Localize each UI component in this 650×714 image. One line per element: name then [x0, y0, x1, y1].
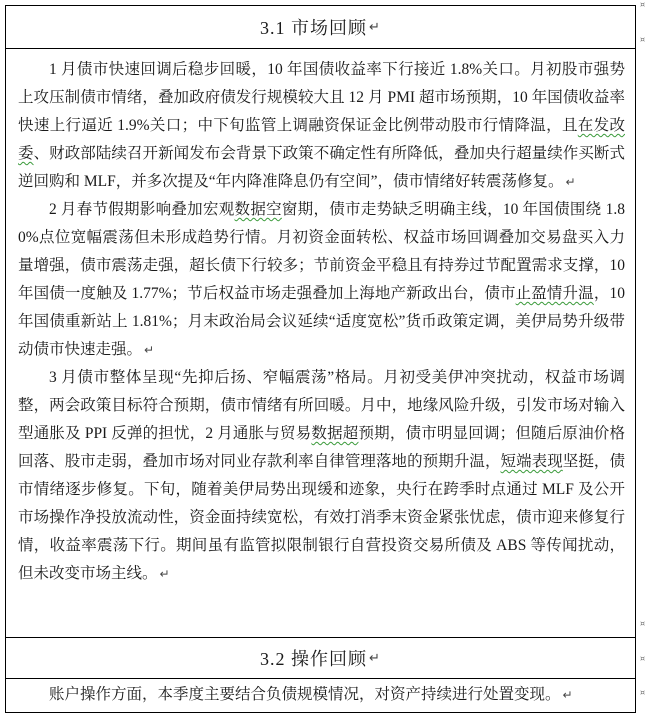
- grammar-check-underline: 短端表现: [501, 453, 563, 470]
- text-run: 、财政部陆续召开新闻发布会背景下政策不确定性有所降低，叠加央行超量续作买断式逆回…: [18, 145, 625, 190]
- paragraph-mark-icon: ↵: [369, 20, 381, 35]
- text-run: 账户操作方面，本季度主要结合负债规模情况，对资产持续进行处置变现。: [49, 686, 561, 703]
- section-heading-operation-review: 3.2 操作回顾↵: [6, 638, 635, 679]
- paragraph-mark-icon: ↵: [160, 567, 170, 581]
- text-run: 2 月春节假期影响叠加宏观: [49, 201, 235, 218]
- review-table: 3.1 市场回顾↵ 1 月债市快速回调后稳步回暖，10 年国债收益率下行接近 1…: [5, 5, 636, 713]
- row-end-mark-icon: ¤: [640, 689, 645, 697]
- paragraph-operations: 账户操作方面，本季度主要结合负债规模情况，对资产持续进行处置变现。↵: [18, 681, 625, 709]
- operation-review-title: 3.2 操作回顾: [260, 645, 367, 671]
- grammar-check-underline: 止盈情升温: [516, 285, 594, 302]
- row-end-mark-icon: ¤: [640, 620, 645, 628]
- section-heading-market-review: 3.1 市场回顾↵: [6, 6, 635, 49]
- row-end-mark-icon: ¤: [640, 36, 645, 44]
- operation-review-body-cell: 账户操作方面，本季度主要结合负债规模情况，对资产持续进行处置变现。↵: [6, 679, 635, 712]
- paragraph-february: 2 月春节假期影响叠加宏观数据空窗期，债市走势缺乏明确主线，10 年国债围绕 1…: [18, 196, 625, 364]
- row-end-mark-icon: ¤: [640, 1, 645, 9]
- paragraph-mark-icon: ↵: [144, 343, 154, 357]
- grammar-check-underline: 数据空: [235, 201, 282, 218]
- paragraph-march: 3 月债市整体呈现“先抑后扬、窄幅震荡”格局。月初受美伊冲突扰动，权益市场调整，…: [18, 364, 625, 588]
- row-end-mark-icon: ¤: [640, 655, 645, 663]
- paragraph-january: 1 月债市快速回调后稳步回暖，10 年国债收益率下行接近 1.8%关口。月初股市…: [18, 56, 625, 196]
- paragraph-mark-icon: ↵: [566, 175, 576, 189]
- paragraph-mark-icon: ↵: [563, 688, 573, 702]
- market-review-body-cell: 1 月债市快速回调后稳步回暖，10 年国债收益率下行接近 1.8%关口。月初股市…: [6, 49, 635, 638]
- grammar-check-underline: 数据超: [311, 425, 358, 442]
- market-review-title: 3.1 市场回顾: [260, 14, 367, 40]
- text-run: 1 月债市快速回调后稳步回暖，10 年国债收益率下行接近 1.8%关口。月初股市…: [18, 61, 625, 134]
- paragraph-mark-icon: ↵: [369, 651, 381, 666]
- document-page: { "marks": { "paragraph_mark": "↵", "row…: [0, 0, 650, 714]
- text-run: 坚挺，债市情绪逐步修复。下旬，随着美伊局势出现缓和迹象，央行在跨季时点通过 ML…: [18, 453, 625, 582]
